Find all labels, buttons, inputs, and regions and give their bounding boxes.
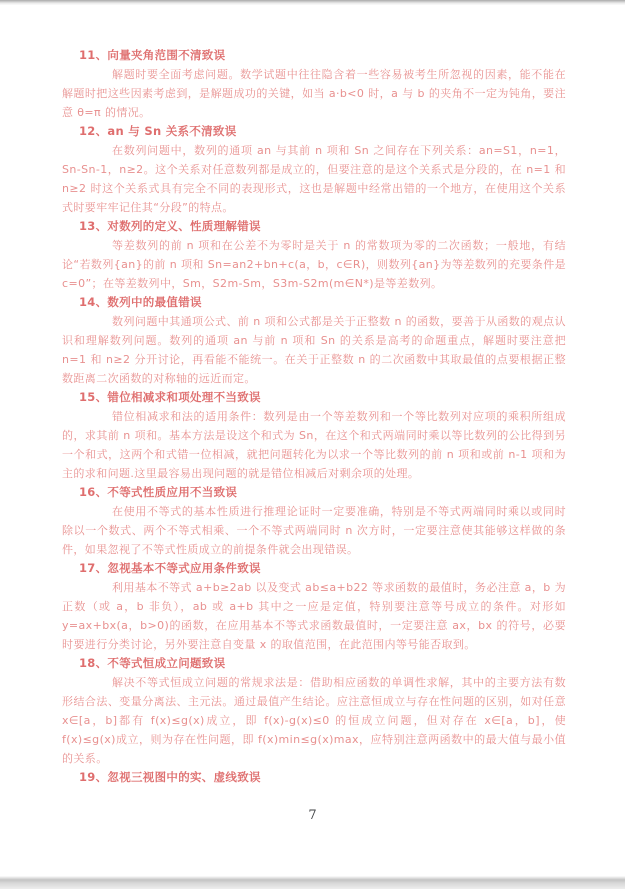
section-heading: 18、不等式恒成立问题致误 [62, 654, 566, 673]
section-12: 12、an 与 Sn 关系不清致误 在数列问题中，数列的通项 an 与其前 n … [62, 122, 566, 217]
section-heading: 11、向量夹角范围不清致误 [62, 46, 566, 65]
section-heading: 17、忽视基本不等式应用条件致误 [62, 559, 566, 578]
page-number: 7 [0, 808, 625, 823]
section-paragraph: 解题时要全面考虑问题。数学试题中往往隐含着一些容易被考生所忽视的因素，能不能在解… [62, 65, 566, 122]
section-18: 18、不等式恒成立问题致误 解决不等式恒成立问题的常规求法是：借助相应函数的单调… [62, 654, 566, 768]
section-heading: 14、数列中的最值错误 [62, 293, 566, 312]
document-page: 11、向量夹角范围不清致误 解题时要全面考虑问题。数学试题中往往隐含着一些容易被… [0, 0, 625, 889]
section-14: 14、数列中的最值错误 数列问题中其通项公式、前 n 项和公式都是关于正整数 n… [62, 293, 566, 388]
section-paragraph: 在数列问题中，数列的通项 an 与其前 n 项和 Sn 之间存在下列关系：an=… [62, 141, 566, 217]
page-content: 11、向量夹角范围不清致误 解题时要全面考虑问题。数学试题中往往隐含着一些容易被… [62, 46, 566, 787]
section-heading: 13、对数列的定义、性质理解错误 [62, 217, 566, 236]
section-16: 16、不等式性质应用不当致误 在使用不等式的基本性质进行推理论证时一定要准确，特… [62, 483, 566, 559]
section-paragraph: 在使用不等式的基本性质进行推理论证时一定要准确，特别是不等式两端同时乘以或同时除… [62, 502, 566, 559]
section-paragraph: 数列问题中其通项公式、前 n 项和公式都是关于正整数 n 的函数，要善于从函数的… [62, 312, 566, 388]
section-15: 15、错位相减求和项处理不当致误 错位相减求和法的适用条件：数列是由一个等差数列… [62, 388, 566, 483]
page-top-edge [0, 0, 625, 5]
section-paragraph: 错位相减求和法的适用条件：数列是由一个等差数列和一个等比数列对应项的乘积所组成的… [62, 407, 566, 483]
section-heading: 12、an 与 Sn 关系不清致误 [62, 122, 566, 141]
section-13: 13、对数列的定义、性质理解错误 等差数列的前 n 项和在公差不为零时是关于 n… [62, 217, 566, 293]
section-paragraph: 等差数列的前 n 项和在公差不为零时是关于 n 的常数项为零的二次函数；一般地，… [62, 236, 566, 293]
section-heading: 15、错位相减求和项处理不当致误 [62, 388, 566, 407]
section-paragraph: 利用基本不等式 a+b≥2ab 以及变式 ab≤a+b22 等求函数的最值时，务… [62, 578, 566, 654]
section-heading: 16、不等式性质应用不当致误 [62, 483, 566, 502]
section-heading: 19、忽视三视图中的实、虚线致误 [62, 768, 566, 787]
section-11: 11、向量夹角范围不清致误 解题时要全面考虑问题。数学试题中往往隐含着一些容易被… [62, 46, 566, 122]
section-19: 19、忽视三视图中的实、虚线致误 [62, 768, 566, 787]
section-17: 17、忽视基本不等式应用条件致误 利用基本不等式 a+b≥2ab 以及变式 ab… [62, 559, 566, 654]
page-bottom-edge [0, 876, 625, 889]
section-paragraph: 解决不等式恒成立问题的常规求法是：借助相应函数的单调性求解，其中的主要方法有数形… [62, 673, 566, 768]
